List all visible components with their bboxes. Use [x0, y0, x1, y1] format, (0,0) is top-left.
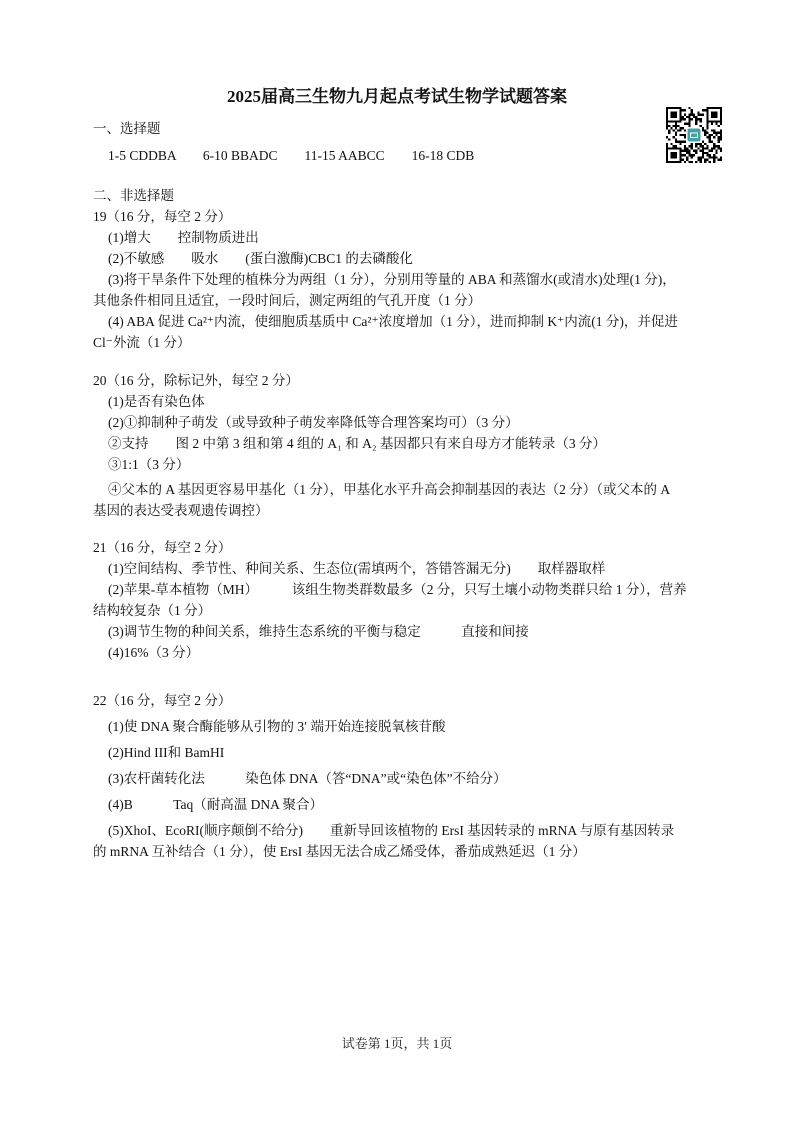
answer-line: (3)调节生物的种间关系，维持生态系统的平衡与稳定 直接和间接 — [93, 621, 753, 642]
question-20-header: 20（16 分，除标记外，每空 2 分） — [93, 370, 753, 391]
answer-line: (2)①抑制种子萌发（或导致种子萌发率降低等合理答案均可）（3 分） — [93, 412, 753, 433]
answer-line: (5)XhoI、EcoRI(顺序颠倒不给分) 重新导回该植物的 ErsI 基因转… — [93, 820, 753, 841]
answer-line: (4) ABA 促进 Ca²⁺内流，使细胞质基质中 Ca²⁺浓度增加（1 分），… — [93, 311, 753, 332]
answer-line: (1)增大 控制物质进出 — [93, 227, 753, 248]
answer-line: (1)是否有染色体 — [93, 391, 753, 412]
section-heading-choice: 一、选择题 — [93, 118, 753, 139]
answer-line: (1)使 DNA 聚合酶能够从引物的 3′ 端开始连接脱氧核苷酸 — [93, 716, 753, 737]
answer-line: (4)B Taq（耐高温 DNA 聚合） — [93, 794, 753, 815]
answer-line: (3)农杆菌转化法 染色体 DNA（答“DNA”或“染色体”不给分） — [93, 768, 753, 789]
answer-line: (3)将干旱条件下处理的植株分为两组（1 分），分别用等量的 ABA 和蒸馏水(… — [93, 269, 753, 290]
question-22: 22（16 分，每空 2 分） (1)使 DNA 聚合酶能够从引物的 3′ 端开… — [93, 690, 753, 862]
answer-line: (1)空间结构、季节性、种间关系、生态位(需填两个，答错答漏无分) 取样器取样 — [93, 558, 753, 579]
answer-line: (2)Hind III和 BamHI — [93, 742, 753, 763]
document-page: 2025届高三生物九月起点考试生物学试题答案 一、选择题 1-5 CDDBA 6… — [0, 0, 794, 1123]
answer-line-continuation: 结构较复杂（1 分） — [93, 600, 753, 621]
document-body: 一、选择题 1-5 CDDBA 6-10 BBADC 11-15 AABCC 1… — [93, 108, 753, 862]
question-21-header: 21（16 分，每空 2 分） — [93, 537, 753, 558]
question-20: 20（16 分，除标记外，每空 2 分） (1)是否有染色体 (2)①抑制种子萌… — [93, 370, 753, 521]
page-footer: 试卷第 1页，共 1页 — [0, 1036, 794, 1052]
answer-line-continuation: Cl⁻外流（1 分） — [93, 332, 753, 353]
question-22-header: 22（16 分，每空 2 分） — [93, 690, 753, 711]
answer-line: ②支持 图 2 中第 3 组和第 4 组的 A₁ 和 A₂ 基因都只有来自母方才… — [93, 433, 753, 454]
answer-line: ③1:1（3 分） — [93, 454, 753, 475]
answer-line-continuation: 其他条件相同且适宜，一段时间后，测定两组的气孔开度（1 分） — [93, 290, 753, 311]
question-21: 21（16 分，每空 2 分） (1)空间结构、季节性、种间关系、生态位(需填两… — [93, 537, 753, 663]
answer-line-continuation: 的 mRNA 互补结合（1 分），使 ErsI 基因无法合成乙烯受体，番茄成熟延… — [93, 841, 753, 862]
answer-line: (4)16%（3 分） — [93, 642, 753, 663]
answer-line: (2)不敏感 吸水 (蛋白激酶)CBC1 的去磷酸化 — [93, 248, 753, 269]
answer-line: (2)苹果-草本植物（MH） 该组生物类群数最多（2 分，只写土壤小动物类群只给… — [93, 579, 753, 600]
choice-answers: 1-5 CDDBA 6-10 BBADC 11-15 AABCC 16-18 C… — [93, 145, 753, 166]
answer-line: ④父本的 A 基因更容易甲基化（1 分），甲基化水平升高会抑制基因的表达（2 分… — [93, 479, 753, 500]
question-19: 19（16 分，每空 2 分） (1)增大 控制物质进出 (2)不敏感 吸水 (… — [93, 206, 753, 353]
answer-line-continuation: 基因的表达受表观遗传调控） — [93, 500, 753, 521]
page-title: 2025届高三生物九月起点考试生物学试题答案 — [0, 86, 794, 108]
section-heading-nonchoice: 二、非选择题 — [93, 185, 753, 206]
question-19-header: 19（16 分，每空 2 分） — [93, 206, 753, 227]
